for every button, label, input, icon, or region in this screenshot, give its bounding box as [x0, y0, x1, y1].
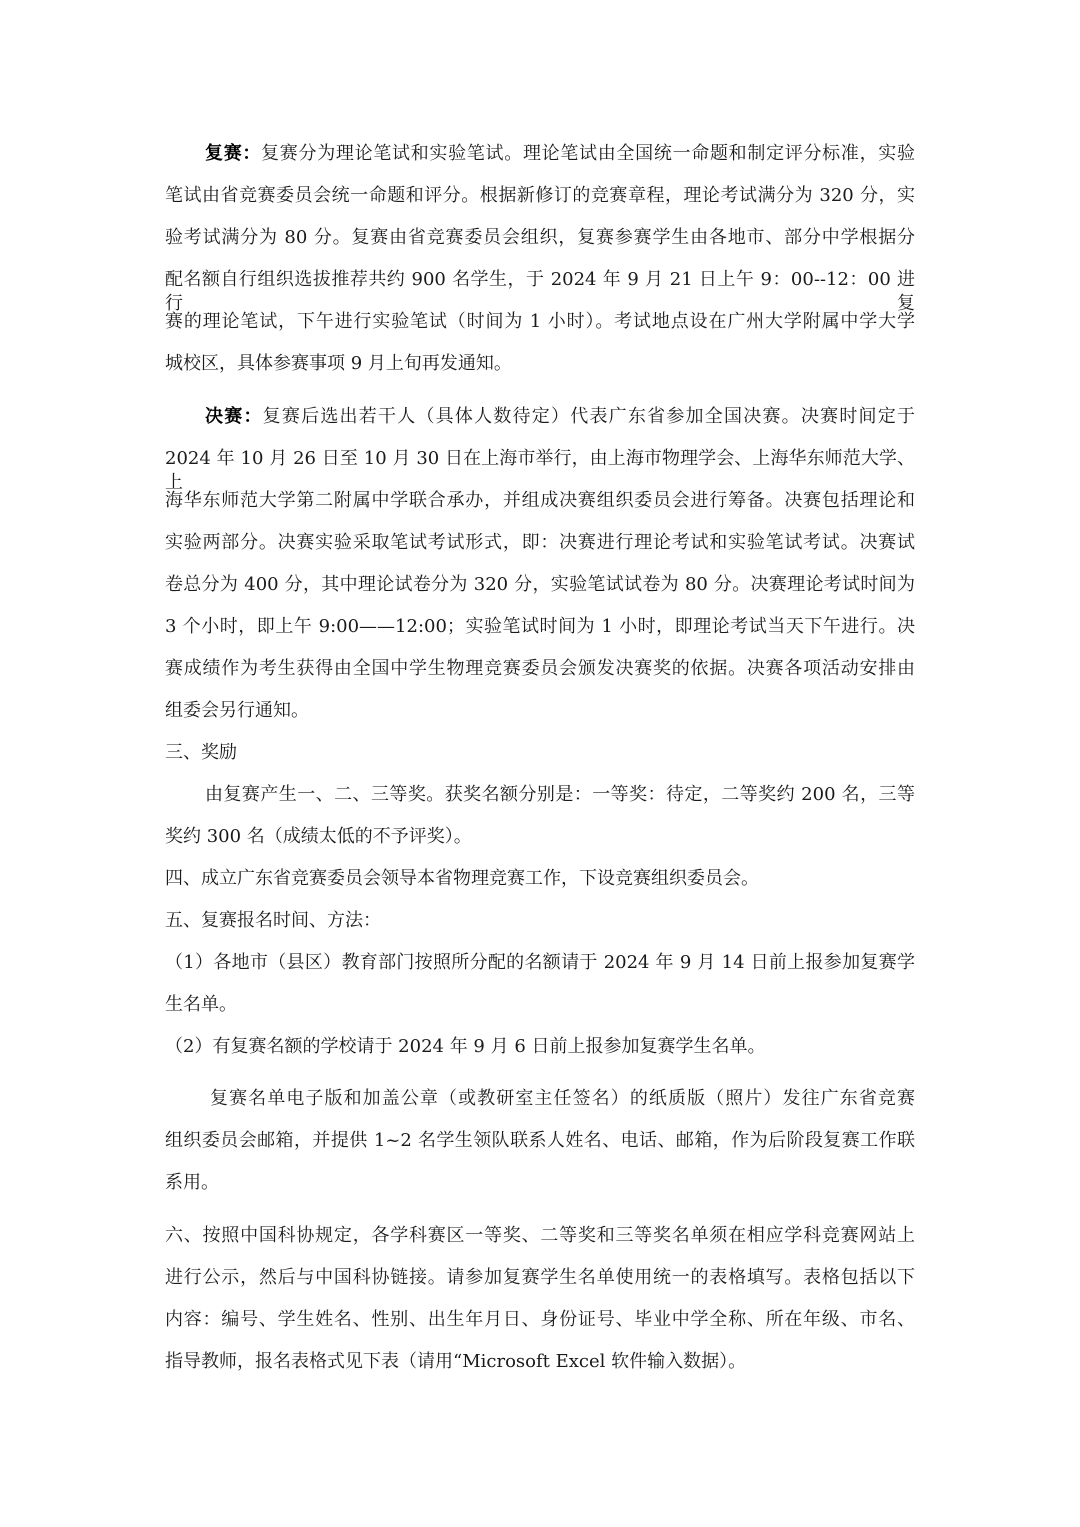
- semifinal-lead: 复赛：: [205, 143, 261, 164]
- final-line-7: 赛成绩作为考生获得由全国中学生物理竞赛委员会颁发决赛奖的依据。决赛各项活动安排由: [165, 657, 915, 681]
- final-lead: 决赛：: [205, 406, 263, 427]
- section3-heading: 三、奖励: [165, 741, 915, 765]
- semifinal-line-1: 复赛：复赛分为理论笔试和实验笔试。理论笔试由全国统一命题和制定评分标准，实验: [205, 142, 915, 166]
- final-line-8: 组委会另行通知。: [165, 699, 915, 723]
- section6-line-1: 六、按照中国科协规定，各学科赛区一等奖、二等奖和三等奖名单须在相应学科竞赛网站上: [165, 1224, 915, 1248]
- section6-line-2: 进行公示，然后与中国科协链接。请参加复赛学生名单使用统一的表格填写。表格包括以下: [165, 1266, 915, 1290]
- final-line-5: 卷总分为 400 分，其中理论试卷分为 320 分，实验笔试试卷为 80 分。决…: [165, 573, 915, 597]
- semifinal-line-6: 城校区，具体参赛事项 9 月上旬再发通知。: [165, 352, 915, 376]
- semifinal-line-2: 笔试由省竞赛委员会统一命题和评分。根据新修订的竞赛章程，理论考试满分为 320 …: [165, 184, 915, 208]
- section5-heading: 五、复赛报名时间、方法：: [165, 909, 915, 933]
- section5-note-line-1: 复赛名单电子版和加盖公章（或教研室主任签名）的纸质版（照片）发往广东省竞赛: [210, 1087, 915, 1111]
- section5-note-line-3: 系用。: [165, 1171, 915, 1195]
- final-line-3: 海华东师范大学第二附属中学联合承办，并组成决赛组织委员会进行筹备。决赛包括理论和: [165, 489, 915, 513]
- final-line-1: 决赛：复赛后选出若干人（具体人数待定）代表广东省参加全国决赛。决赛时间定于: [205, 405, 915, 429]
- document-page: 复赛：复赛分为理论笔试和实验笔试。理论笔试由全国统一命题和制定评分标准，实验 笔…: [0, 0, 1080, 1527]
- section6-line-4: 指导教师，报名表格式见下表（请用“Microsoft Excel 软件输入数据）…: [165, 1350, 915, 1374]
- section3-line-1: 由复赛产生一、二、三等奖。获奖名额分别是：一等奖：待定，二等奖约 200 名，三…: [205, 783, 915, 807]
- section5-item1-line-2: 生名单。: [165, 993, 915, 1017]
- semifinal-line-3: 验考试满分为 80 分。复赛由省竞赛委员会组织，复赛参赛学生由各地市、部分中学根…: [165, 226, 915, 250]
- semifinal-line-4: 配名额自行组织选拔推荐共约 900 名学生，于 2024 年 9 月 21 日上…: [165, 268, 915, 316]
- section6-line-3: 内容：编号、学生姓名、性别、出生年月日、身份证号、毕业中学全称、所在年级、市名、: [165, 1308, 915, 1332]
- section4-heading: 四、成立广东省竞赛委员会领导本省物理竞赛工作，下设竞赛组织委员会。: [165, 867, 915, 891]
- final-line-2: 2024 年 10 月 26 日至 10 月 30 日在上海市举行，由上海市物理…: [165, 447, 915, 495]
- section3-line-2: 奖约 300 名（成绩太低的不予评奖）。: [165, 825, 915, 849]
- section5-item2: （2）有复赛名额的学校请于 2024 年 9 月 6 日前上报参加复赛学生名单。: [165, 1035, 915, 1059]
- final-line-4: 实验两部分。决赛实验采取笔试考试形式，即：决赛进行理论考试和实验笔试考试。决赛试: [165, 531, 915, 555]
- semifinal-line-5: 赛的理论笔试，下午进行实验笔试（时间为 1 小时）。考试地点设在广州大学附属中学…: [165, 310, 915, 334]
- section5-note-line-2: 组织委员会邮箱，并提供 1~2 名学生领队联系人姓名、电话、邮箱，作为后阶段复赛…: [165, 1129, 915, 1153]
- section5-item1-line-1: （1）各地市（县区）教育部门按照所分配的名额请于 2024 年 9 月 14 日…: [165, 951, 915, 975]
- final-line-6: 3 个小时，即上午 9:00——12:00；实验笔试时间为 1 小时，即理论考试…: [165, 615, 915, 639]
